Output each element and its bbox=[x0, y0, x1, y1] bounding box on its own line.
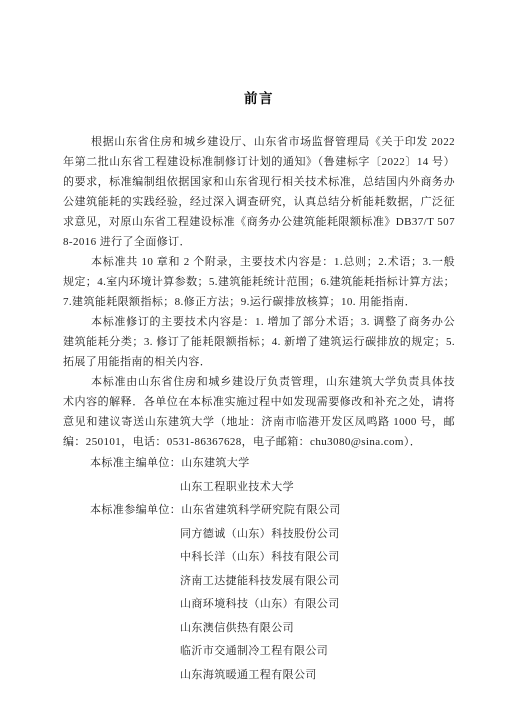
unit-line: 山东海筑暖通工程有限公司 bbox=[63, 664, 455, 688]
unit-name: 山东省建筑科学研究院有限公司 bbox=[181, 504, 341, 516]
unit-name: 临沂市交通制冷工程有限公司 bbox=[180, 645, 328, 657]
unit-line: 临沂市交通制冷工程有限公司 bbox=[63, 640, 455, 664]
page-title: 前言 bbox=[63, 90, 455, 108]
unit-name: 山商环境科技（山东）有限公司 bbox=[180, 598, 340, 610]
paragraph-management-contact: 本标准由山东省住房和城乡建设厅负责管理，山东建筑大学负责具体技术内容的解释．各单… bbox=[63, 372, 455, 452]
unit-name: 山东工程职业技术大学 bbox=[180, 481, 294, 493]
unit-line: 山东工程职业技术大学 bbox=[63, 476, 455, 500]
unit-name: 中科长洋（山东）科技有限公司 bbox=[180, 551, 340, 563]
unit-line: 中科长洋（山东）科技有限公司 bbox=[63, 546, 455, 570]
unit-line: 同方德诚（山东）科技股份公司 bbox=[63, 523, 455, 547]
unit-name: 山东建筑大学 bbox=[181, 457, 249, 469]
unit-line: 山商环境科技（山东）有限公司 bbox=[63, 593, 455, 617]
paragraph-basis: 根据山东省住房和城乡建设厅、山东省市场监督管理局《关于印发 2022 年第二批山… bbox=[63, 132, 455, 252]
unit-name: 同方德诚（山东）科技股份公司 bbox=[180, 528, 340, 540]
paragraph-revisions: 本标准修订的主要技术内容是：1. 增加了部分术语；3. 调整了商务办公建筑能耗分… bbox=[63, 312, 455, 372]
unit-line: 山东澳信供热有限公司 bbox=[63, 617, 455, 641]
paragraph-contents: 本标准共 10 章和 2 个附录，主要技术内容是：1.总则；2.术语；3.一般规… bbox=[63, 252, 455, 312]
chief-editor-label: 本标准主编单位： bbox=[90, 452, 181, 476]
foreword-body: 根据山东省住房和城乡建设厅、山东省市场监督管理局《关于印发 2022 年第二批山… bbox=[63, 132, 455, 452]
unit-line: 济南工达捷能科技发展有限公司 bbox=[63, 570, 455, 594]
unit-name: 山东海筑暖通工程有限公司 bbox=[180, 669, 317, 681]
unit-name: 山东澳信供热有限公司 bbox=[180, 622, 294, 634]
unit-name: 济南工达捷能科技发展有限公司 bbox=[180, 575, 340, 587]
participant-line: 本标准参编单位：山东省建筑科学研究院有限公司 bbox=[63, 499, 455, 523]
document-page: 前言 根据山东省住房和城乡建设厅、山东省市场监督管理局《关于印发 2022 年第… bbox=[0, 0, 515, 727]
participant-units: 本标准参编单位：山东省建筑科学研究院有限公司 同方德诚（山东）科技股份公司 中科… bbox=[63, 499, 455, 687]
editing-units-section: 本标准主编单位：山东建筑大学 山东工程职业技术大学 本标准参编单位：山东省建筑科… bbox=[63, 452, 455, 687]
chief-editor-units: 本标准主编单位：山东建筑大学 山东工程职业技术大学 bbox=[63, 452, 455, 499]
participant-label: 本标准参编单位： bbox=[90, 499, 181, 523]
chief-editor-line: 本标准主编单位：山东建筑大学 bbox=[63, 452, 455, 476]
